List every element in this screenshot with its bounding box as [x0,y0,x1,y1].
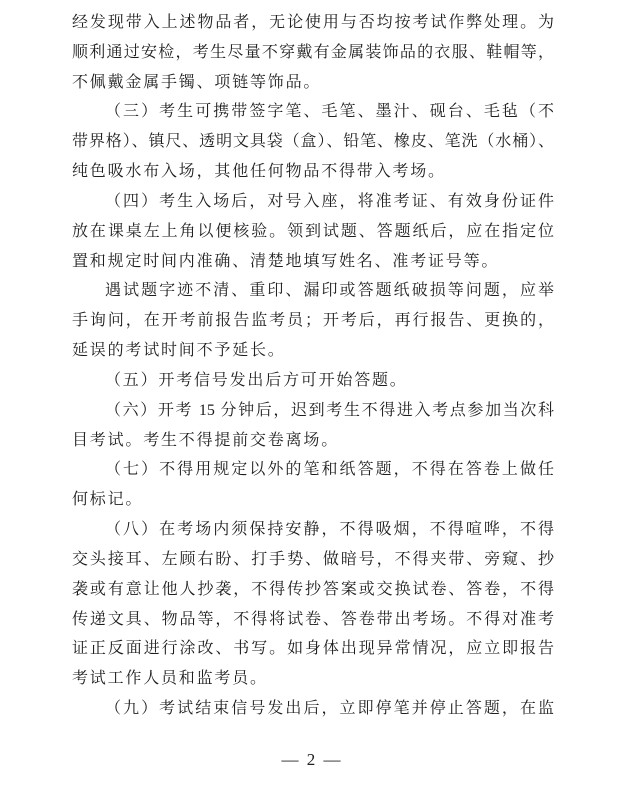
text-line: （九）考试结束信号发出后，立即停笔并停止答题，在监 [72,694,554,724]
text-line: 何标记。 [72,485,554,515]
text-line: 手询问，在开考前报告监考员；开考后，再行报告、更换的， [72,306,554,336]
text-line: 遇试题字迹不清、重印、漏印或答题纸破损等问题，应举 [72,276,554,306]
text-line: （五）开考信号发出后方可开始答题。 [72,366,554,396]
text-line: 纯色吸水布入场，其他任何物品不得带入考场。 [72,157,554,187]
text-line: 证正反面进行涂改、书写。如身体出现异常情况，应立即报告 [72,634,554,664]
text-line: （八）在考场内须保持安静，不得吸烟，不得喧哗，不得 [72,515,554,545]
text-line: 交头接耳、左顾右盼、打手势、做暗号，不得夹带、旁窥、抄 [72,545,554,575]
text-line: （七）不得用规定以外的笔和纸答题，不得在答卷上做任 [72,455,554,485]
text-line: 目考试。考生不得提前交卷离场。 [72,426,554,456]
text-line: 不佩戴金属手镯、项链等饰品。 [72,68,554,98]
text-line: 延误的考试时间不予延长。 [72,336,554,366]
page-number: — 2 — [0,750,624,770]
text-line: 放在课桌左上角以便核验。领到试题、答题纸后，应在指定位 [72,217,554,247]
text-line: （六）开考 15 分钟后，迟到考生不得进入考点参加当次科 [72,396,554,426]
text-line: 经发现带入上述物品者，无论使用与否均按考试作弊处理。为 [72,8,554,38]
text-line: 置和规定时间内准确、清楚地填写姓名、准考证号等。 [72,247,554,277]
document-body: 经发现带入上述物品者，无论使用与否均按考试作弊处理。为顺利通过安检，考生尽量不穿… [72,8,554,724]
text-line: 传递文具、物品等，不得将试卷、答卷带出考场。不得对准考 [72,605,554,635]
text-line: 袭或有意让他人抄袭，不得传抄答案或交换试卷、答卷，不得 [72,575,554,605]
text-line: （四）考生入场后，对号入座，将准考证、有效身份证件 [72,187,554,217]
document-page: { "document": { "lines": [ { "text": "经发… [0,0,624,786]
text-line: 带界格）、镇尺、透明文具袋（盒）、铅笔、橡皮、笔洗（水桶）、 [72,127,554,157]
text-line: 考试工作人员和监考员。 [72,664,554,694]
text-line: （三）考生可携带签字笔、毛笔、墨汁、砚台、毛毡（不 [72,97,554,127]
text-line: 顺利通过安检，考生尽量不穿戴有金属装饰品的衣服、鞋帽等， [72,38,554,68]
